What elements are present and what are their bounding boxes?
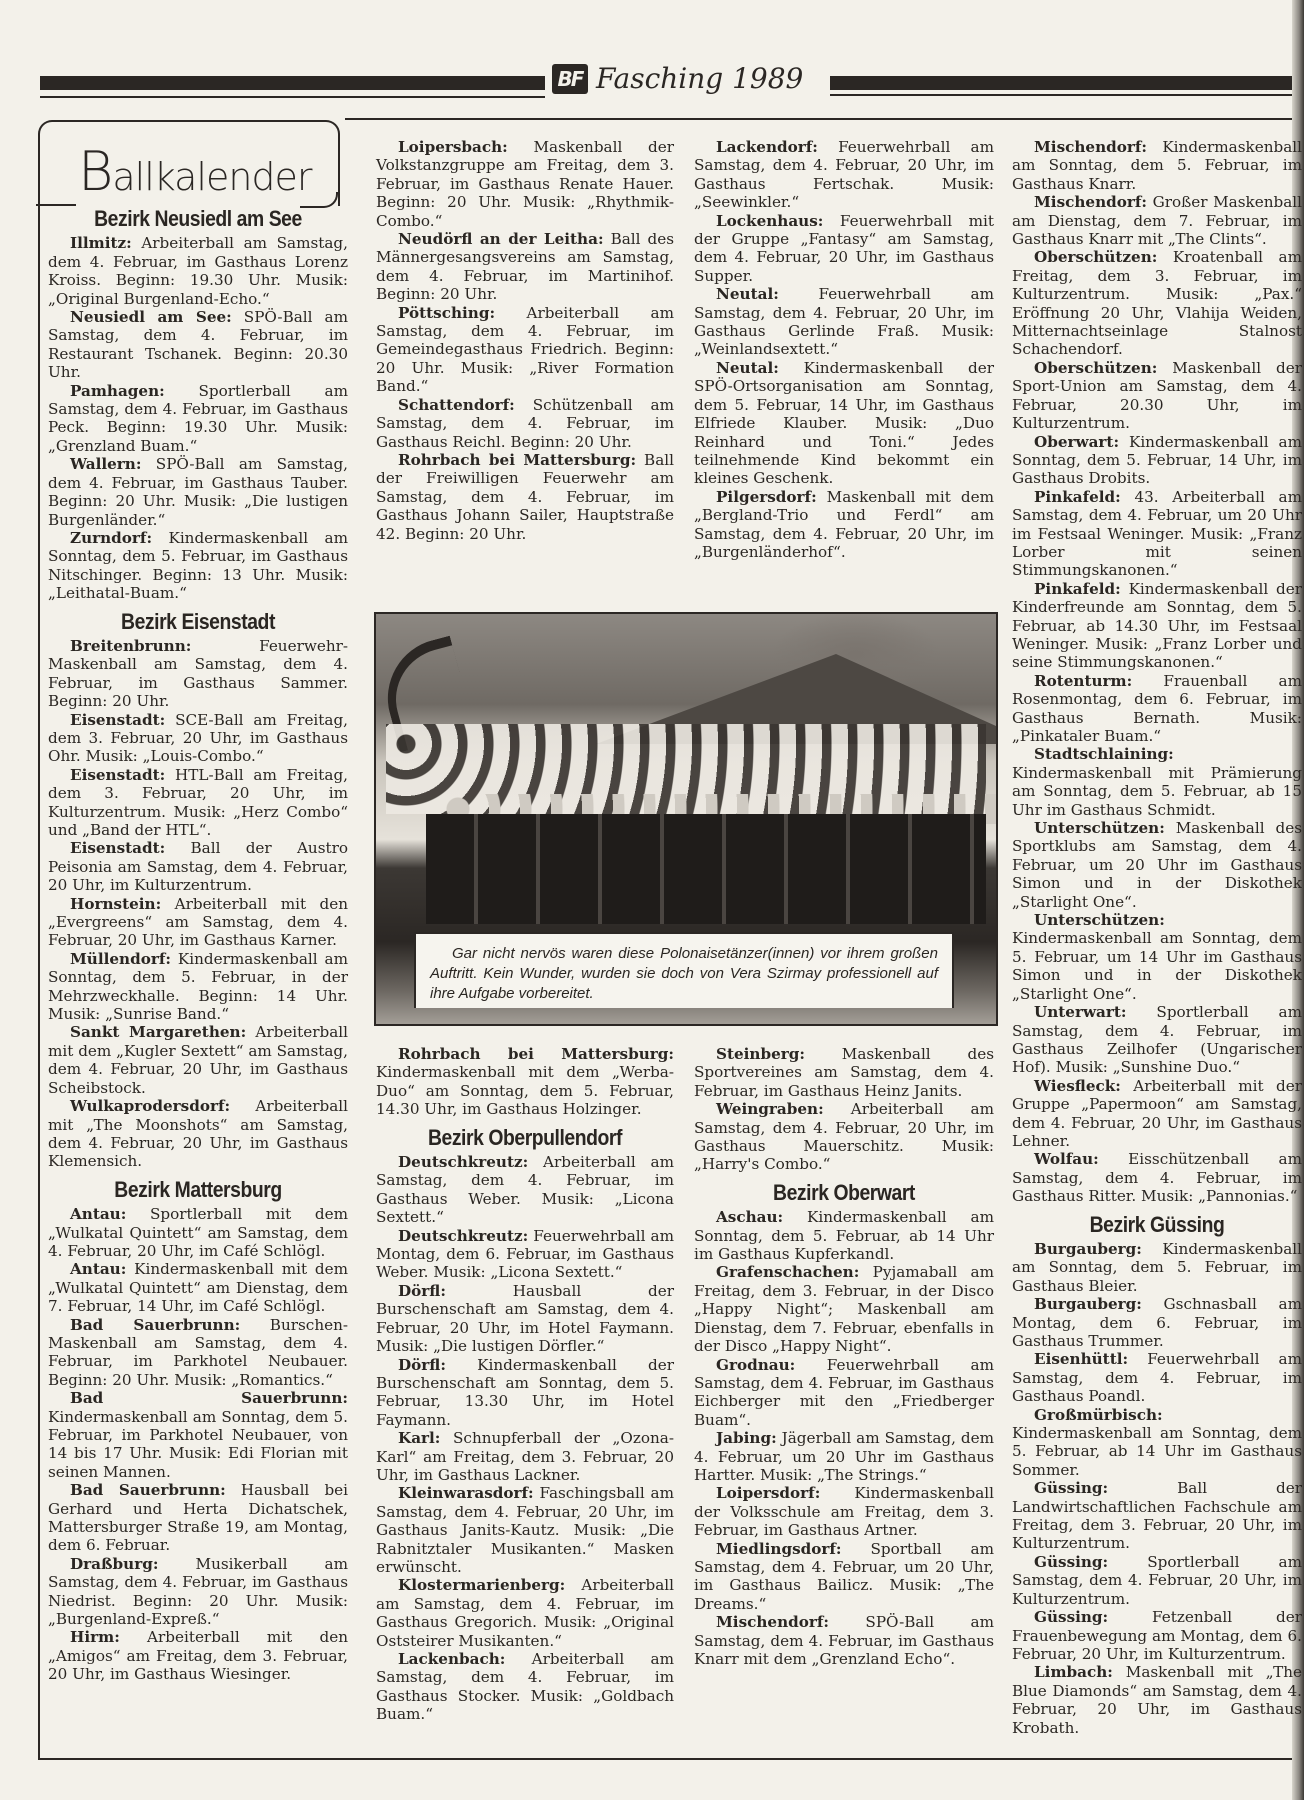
ball-listing: Grafenschachen: Pyjamaball am Freitag, d… <box>694 1263 994 1355</box>
ball-listing: Neutal: Feuerwehrball am Samstag, dem 4.… <box>694 285 994 359</box>
district-mattersburg-list-cont: Loipersbach: Maskenball der Volkstanzgru… <box>376 138 674 543</box>
ball-listing: Burgauberg: Gschnasball am Montag, dem 6… <box>1012 1295 1302 1350</box>
listing-place: Lackenbach: <box>398 1650 505 1668</box>
listing-place: Loipersbach: <box>398 138 508 156</box>
listing-place: Eisenstadt: <box>70 839 165 857</box>
column-3-bottom: Steinberg: Maskenball des Sportvereines … <box>694 1045 994 1668</box>
listing-place: Rohrbach bei Mattersburg: <box>398 451 636 469</box>
listing-place: Eisenstadt: <box>70 711 165 729</box>
listing-place: Güssing: <box>1034 1608 1108 1626</box>
listing-place: Illmitz: <box>70 234 132 252</box>
ball-listing: Wallern: SPÖ-Ball am Samstag, dem 4. Feb… <box>48 455 348 529</box>
listing-place: Schattendorf: <box>398 396 515 414</box>
district-neusiedl-list: Illmitz: Arbeiterball am Samstag, dem 4.… <box>48 234 348 602</box>
ball-listing: Großmürbisch: Kindermaskenball am Sonnta… <box>1012 1406 1302 1480</box>
column-2-bottom: Rohrbach bei Mattersburg: Kindermaskenba… <box>376 1045 674 1724</box>
ball-listing: Mischendorf: SPÖ-Ball am Samstag, dem 4.… <box>694 1613 994 1668</box>
masthead-title: Fasching 1989 <box>596 62 803 95</box>
ball-listing: Dörfl: Kindermaskenball der Burschenscha… <box>376 1356 674 1430</box>
top-rule <box>345 118 1304 120</box>
listing-place: Unterwart: <box>1034 1003 1127 1021</box>
listing-place: Neudörfl an der Leitha: <box>398 230 604 248</box>
listing-place: Oberschützen: <box>1034 359 1157 377</box>
ball-listing: Limbach: Maskenball mit „The Blue Diamon… <box>1012 1663 1302 1737</box>
ball-listing: Rohrbach bei Mattersburg: Kindermaskenba… <box>376 1045 674 1119</box>
listing-place: Pöttsching: <box>398 304 495 322</box>
ball-listing: Mischendorf: Kindermaskenball am Sonntag… <box>1012 138 1302 193</box>
ball-listing: Unterschützen: Maskenball des Sportklubs… <box>1012 819 1302 911</box>
masthead-rule-left <box>40 76 545 90</box>
dancers-front-row <box>426 814 986 924</box>
ball-listing: Oberschützen: Kroatenball am Freitag, de… <box>1012 248 1302 358</box>
ball-listing: Karl: Schnupferball der „Ozona-Karl“ am … <box>376 1429 674 1484</box>
ball-listing: Eisenstadt: Ball der Austro Peisonia am … <box>48 839 348 894</box>
ball-listing: Oberschützen: Maskenball der Sport-Union… <box>1012 359 1302 433</box>
listing-place: Hirm: <box>70 1628 120 1646</box>
listing-place: Lackendorf: <box>716 138 818 156</box>
listing-place: Pamhagen: <box>70 382 165 400</box>
listing-details: Kindermaskenball am Sonntag, dem 5. Febr… <box>1012 929 1302 1002</box>
listing-place: Wallern: <box>70 455 141 473</box>
ball-listing: Pöttsching: Arbeiterball am Samstag, dem… <box>376 304 674 396</box>
ball-listing: Bad Sauerbrunn: Burschen-Maskenball am S… <box>48 1316 348 1390</box>
ball-listing: Antau: Kindermaskenball mit dem „Wulkata… <box>48 1260 348 1315</box>
listing-place: Sankt Margarethen: <box>70 1023 246 1041</box>
ball-listing: Stadtschlaining: Kindermaskenball mit Pr… <box>1012 745 1302 819</box>
listing-place: Rotenturm: <box>1034 672 1132 690</box>
ball-listing: Grodnau: Feuerwehrball am Samstag, dem 4… <box>694 1356 994 1430</box>
ball-listing: Pamhagen: Sportlerball am Samstag, dem 4… <box>48 382 348 456</box>
ball-listing: Breitenbrunn: Feuerwehr-Maskenball am Sa… <box>48 637 348 711</box>
ball-listing: Bad Sauerbrunn: Kindermaskenball am Sonn… <box>48 1389 348 1481</box>
listing-place: Neutal: <box>716 285 779 303</box>
ball-listing: Lackendorf: Feuerwehrball am Samstag, de… <box>694 138 994 212</box>
ball-listing: Güssing: Sportlerball am Samstag, dem 4.… <box>1012 1553 1302 1608</box>
group-photo: Gar nicht nervös waren diese Polonaisetä… <box>374 612 998 1026</box>
listing-details: Kindermaskenball mit Prämierung am Sonnt… <box>1012 764 1302 819</box>
ball-listing: Güssing: Fetzenball der Frauenbewegung a… <box>1012 1608 1302 1663</box>
masthead-thin-rule-right <box>830 94 1304 96</box>
listing-details: Kindermaskenball am Sonntag, dem 5. Febr… <box>48 1408 348 1481</box>
ball-listing: Antau: Sportlerball mit dem „Wulkatal Qu… <box>48 1205 348 1260</box>
listing-place: Jabing: <box>716 1429 777 1447</box>
district-eisenstadt-list: Breitenbrunn: Feuerwehr-Maskenball am Sa… <box>48 637 348 1171</box>
bottom-rule <box>40 1758 1304 1760</box>
listing-place: Bad Sauerbrunn: <box>70 1481 226 1499</box>
bf-logo-icon: BF <box>552 64 588 94</box>
listing-place: Neusiedl am See: <box>70 308 232 326</box>
listing-place: Stadtschlaining: <box>1034 745 1174 763</box>
ball-listing: Jabing: Jägerball am Samstag, dem 4. Feb… <box>694 1429 994 1484</box>
column-3-top: Lackendorf: Feuerwehrball am Samstag, de… <box>694 138 994 561</box>
listing-place: Großmürbisch: <box>1034 1406 1163 1424</box>
ball-listing: Deutschkreutz: Arbeiterball am Samstag, … <box>376 1153 674 1227</box>
ball-listing: Hirm: Arbeiterball mit den „Amigos“ am F… <box>48 1628 348 1683</box>
masthead-thin-rule-left <box>40 96 545 98</box>
district-heading: Bezirk Neusiedl am See <box>66 210 330 228</box>
listing-place: Grodnau: <box>716 1356 795 1374</box>
listing-place: Güssing: <box>1034 1479 1108 1497</box>
district-mattersburg-list-end: Rohrbach bei Mattersburg: Kindermaskenba… <box>376 1045 674 1119</box>
listing-place: Lockenhaus: <box>716 212 823 230</box>
listing-place: Aschau: <box>716 1208 783 1226</box>
ball-listing: Oberwart: Kindermaskenball am Sonntag, d… <box>1012 433 1302 488</box>
ball-listing: Güssing: Ball der Landwirtschaftlichen F… <box>1012 1479 1302 1553</box>
listing-place: Zurndorf: <box>70 529 152 547</box>
district-heading: Bezirk Oberwart <box>712 1184 976 1202</box>
district-oberwart-list-cont: Mischendorf: Kindermaskenball am Sonntag… <box>1012 138 1302 1206</box>
listing-place: Unterschützen: <box>1034 911 1165 929</box>
listing-details: Kindermaskenball mit dem „Werba-Duo“ am … <box>376 1063 674 1118</box>
ball-listing: Pinkafeld: Kindermaskenball der Kinderfr… <box>1012 580 1302 672</box>
ball-listing: Neutal: Kindermaskenball der SPÖ-Ortsorg… <box>694 359 994 488</box>
ball-listing: Dörfl: Hausball der Burschenschaft am Sa… <box>376 1282 674 1356</box>
listing-place: Miedlingsdorf: <box>716 1540 842 1558</box>
ball-listing: Wiesfleck: Arbeiterball mit der Gruppe „… <box>1012 1077 1302 1151</box>
ball-listing: Schattendorf: Schützenball am Samstag, d… <box>376 396 674 451</box>
listing-place: Pinkafeld: <box>1034 580 1121 598</box>
left-frame-rule <box>38 204 40 1760</box>
ball-listing: Unterwart: Sportlerball am Samstag, dem … <box>1012 1003 1302 1077</box>
ball-listing: Steinberg: Maskenball des Sportvereines … <box>694 1045 994 1100</box>
ball-listing: Sankt Margarethen: Arbeiterball mit dem … <box>48 1023 348 1097</box>
listing-place: Deutschkreutz: <box>398 1227 528 1245</box>
listing-place: Wolfau: <box>1034 1150 1099 1168</box>
listing-place: Wulkaprodersdorf: <box>70 1097 230 1115</box>
listing-place: Oberschützen: <box>1034 248 1157 266</box>
listing-place: Dörfl: <box>398 1356 446 1374</box>
ball-listing: Hornstein: Arbeiterball mit den „Evergre… <box>48 895 348 950</box>
listing-place: Neutal: <box>716 359 779 377</box>
district-oberpullendorf-list-cont: Lackendorf: Feuerwehrball am Samstag, de… <box>694 138 994 561</box>
masthead: BF Fasching 1989 <box>40 72 1304 122</box>
district-oberwart-list: Aschau: Kindermaskenball am Sonntag, dem… <box>694 1208 994 1668</box>
listing-place: Antau: <box>70 1260 126 1278</box>
ball-listing: Eisenstadt: SCE-Ball am Freitag, dem 3. … <box>48 711 348 766</box>
listing-place: Kleinwarasdorf: <box>398 1484 534 1502</box>
listing-place: Bad Sauerbrunn: <box>70 1389 348 1407</box>
ball-listing: Wulkaprodersdorf: Arbeiterball mit „The … <box>48 1097 348 1171</box>
ball-listing: Deutschkreutz: Feuerwehrball am Montag, … <box>376 1227 674 1282</box>
ball-listing: Eisenhüttl: Feuerwehrball am Samstag, de… <box>1012 1350 1302 1405</box>
listing-place: Weingraben: <box>716 1100 824 1118</box>
district-heading: Bezirk Eisenstadt <box>66 613 330 631</box>
ball-listing: Zurndorf: Kindermaskenball am Sonntag, d… <box>48 529 348 603</box>
listing-place: Eisenstadt: <box>70 766 165 784</box>
district-oberpullendorf-list: Deutschkreutz: Arbeiterball am Samstag, … <box>376 1153 674 1724</box>
ball-listing: Loipersdorf: Kindermaskenball der Volkss… <box>694 1484 994 1539</box>
listing-place: Unterschützen: <box>1034 819 1165 837</box>
listing-place: Burgauberg: <box>1034 1240 1142 1258</box>
section-title-initial: B <box>78 140 112 203</box>
listing-place: Steinberg: <box>716 1045 805 1063</box>
masthead-rule-right <box>830 76 1304 90</box>
ball-listing: Rotenturm: Frauenball am Rosenmontag, de… <box>1012 672 1302 746</box>
listing-place: Klostermarienberg: <box>398 1576 565 1594</box>
district-heading: Bezirk Mattersburg <box>66 1181 330 1199</box>
ball-listing: Loipersbach: Maskenball der Volkstanzgru… <box>376 138 674 230</box>
section-title: Ballkalender <box>72 140 318 203</box>
ball-listing: Draßburg: Musikerball am Samstag, dem 4.… <box>48 1555 348 1629</box>
listing-place: Hornstein: <box>70 895 161 913</box>
ball-listing: Lockenhaus: Feuerwehrball mit der Gruppe… <box>694 212 994 286</box>
listing-place: Karl: <box>398 1429 440 1447</box>
ball-listing: Unterschützen: Kindermaskenball am Sonnt… <box>1012 911 1302 1003</box>
listing-place: Müllendorf: <box>70 950 171 968</box>
listing-place: Mischendorf: <box>1034 193 1147 211</box>
listing-place: Oberwart: <box>1034 433 1119 451</box>
ball-listing: Weingraben: Arbeiterball am Samstag, dem… <box>694 1100 994 1174</box>
listing-place: Rohrbach bei Mattersburg: <box>398 1045 674 1063</box>
listing-details: Kindermaskenball am Sonntag, dem 5. Febr… <box>1012 1424 1302 1479</box>
listing-place: Burgauberg: <box>1034 1295 1142 1313</box>
photo-caption: Gar nicht nervös waren diese Polonaisetä… <box>414 932 954 1008</box>
district-heading: Bezirk Oberpullendorf <box>394 1129 656 1147</box>
ball-listing: Burgauberg: Kindermaskenball am Sonntag,… <box>1012 1240 1302 1295</box>
ball-listing: Aschau: Kindermaskenball am Sonntag, dem… <box>694 1208 994 1263</box>
district-mattersburg-list: Antau: Sportlerball mit dem „Wulkatal Qu… <box>48 1205 348 1684</box>
ball-listing: Illmitz: Arbeiterball am Samstag, dem 4.… <box>48 234 348 308</box>
listing-place: Mischendorf: <box>1034 138 1147 156</box>
ball-listing: Klostermarienberg: Arbeiterball am Samst… <box>376 1576 674 1650</box>
listing-details: Kindermaskenball der SPÖ-Ortsorganisatio… <box>694 359 994 487</box>
listing-place: Pilgersdorf: <box>716 488 817 506</box>
listing-place: Bad Sauerbrunn: <box>70 1316 240 1334</box>
ball-listing: Miedlingsdorf: Sportball am Samstag, dem… <box>694 1540 994 1614</box>
section-title-rest: allkalender <box>112 155 311 199</box>
section-title-box: Ballkalender <box>38 120 340 210</box>
masthead-title-group: BF Fasching 1989 <box>552 62 803 95</box>
ball-listing: Rohrbach bei Mattersburg: Ball der Freiw… <box>376 451 674 543</box>
ball-listing: Wolfau: Eisschützenball am Samstag, dem … <box>1012 1150 1302 1205</box>
listing-place: Deutschkreutz: <box>398 1153 528 1171</box>
listing-place: Dörfl: <box>398 1282 446 1300</box>
ball-listing: Neusiedl am See: SPÖ-Ball am Samstag, de… <box>48 308 348 382</box>
district-guessing-list: Burgauberg: Kindermaskenball am Sonntag,… <box>1012 1240 1302 1737</box>
column-1: Bezirk Neusiedl am See Illmitz: Arbeiter… <box>48 200 348 1684</box>
district-oberpullendorf-list-end: Steinberg: Maskenball des Sportvereines … <box>694 1045 994 1174</box>
listing-place: Wiesfleck: <box>1034 1077 1121 1095</box>
column-2-top: Loipersbach: Maskenball der Volkstanzgru… <box>376 138 674 543</box>
listing-place: Loipersdorf: <box>716 1484 820 1502</box>
listing-place: Breitenbrunn: <box>70 637 191 655</box>
listing-place: Pinkafeld: <box>1034 488 1121 506</box>
ball-listing: Pilgersdorf: Maskenball mit dem „Berglan… <box>694 488 994 562</box>
listing-place: Güssing: <box>1034 1553 1108 1571</box>
district-heading: Bezirk Güssing <box>1029 1216 1284 1234</box>
ball-listing: Pinkafeld: 43. Arbeiterball am Samstag, … <box>1012 488 1302 580</box>
listing-place: Draßburg: <box>70 1555 158 1573</box>
ball-listing: Neudörfl an der Leitha: Ball des Männerg… <box>376 230 674 304</box>
ball-listing: Eisenstadt: HTL-Ball am Freitag, dem 3. … <box>48 766 348 840</box>
column-4: Mischendorf: Kindermaskenball am Sonntag… <box>1012 138 1302 1737</box>
listing-place: Grafenschachen: <box>716 1263 859 1281</box>
listing-place: Antau: <box>70 1205 126 1223</box>
ball-listing: Mischendorf: Großer Maskenball am Dienst… <box>1012 193 1302 248</box>
ball-listing: Bad Sauerbrunn: Hausball bei Gerhard und… <box>48 1481 348 1555</box>
listing-place: Eisenhüttl: <box>1034 1350 1128 1368</box>
ball-listing: Kleinwarasdorf: Faschingsball am Samstag… <box>376 1484 674 1576</box>
ball-listing: Lackenbach: Arbeiterball am Samstag, dem… <box>376 1650 674 1724</box>
ball-listing: Müllendorf: Kindermaskenball am Sonntag,… <box>48 950 348 1024</box>
listing-place: Limbach: <box>1034 1663 1113 1681</box>
listing-place: Mischendorf: <box>716 1613 829 1631</box>
